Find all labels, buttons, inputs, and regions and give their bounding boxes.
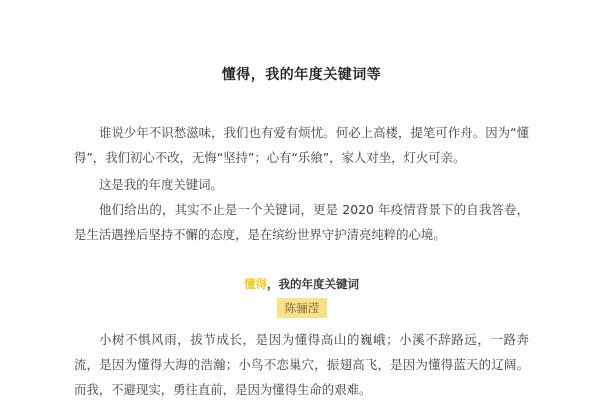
- section-paragraph: 小树不惧风雨，拔节成长，是因为懂得高山的巍峨；小溪不辞路远，一路奔流，是因为懂得…: [74, 327, 529, 400]
- article-title: 懂得，我的年度关键词等: [74, 64, 529, 84]
- summary-paragraph: 他们给出的，其实不止是一个关键词，更是 2020 年疫情背景下的自我答卷，是生活…: [74, 197, 529, 247]
- keyword-paragraph: 这是我的年度关键词。: [74, 172, 529, 197]
- section-heading-rest: ，我的年度关键词: [267, 277, 359, 291]
- author-tag: 陈骊滢: [277, 298, 327, 318]
- intro-paragraph: 谁说少年不识愁滋味，我们也有爱有烦忧。何必上高楼，提笔可作舟。因为“懂得”，我们…: [74, 120, 529, 170]
- section-heading-highlight: 懂得: [244, 277, 267, 291]
- section-heading: 懂得，我的年度关键词: [74, 276, 529, 292]
